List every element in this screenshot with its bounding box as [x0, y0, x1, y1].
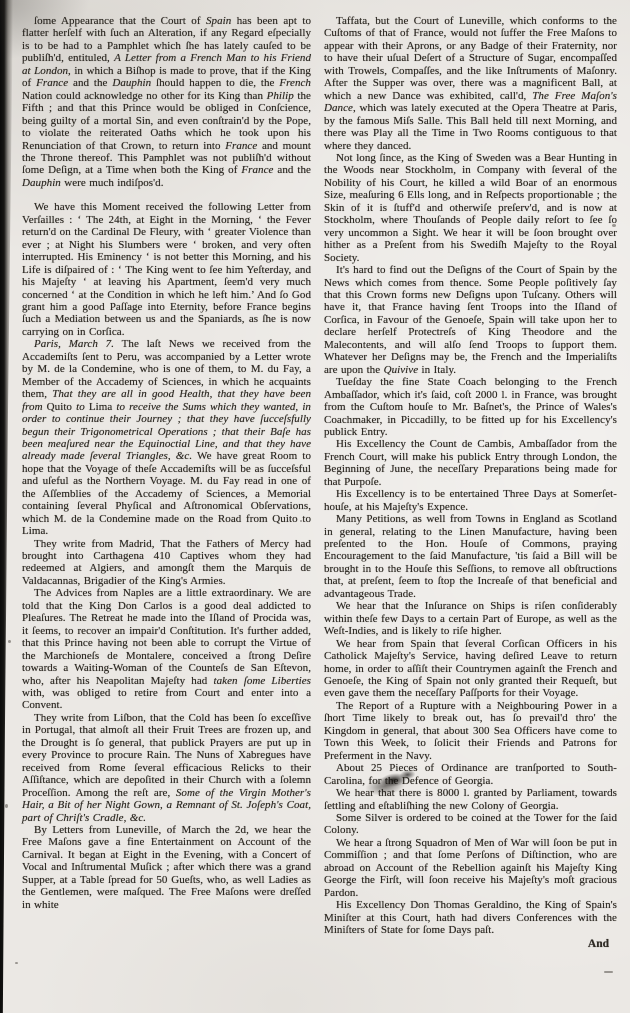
body-text: Lima [89, 401, 112, 413]
paragraph: His Excellency the Count de Cambis, Amba… [324, 438, 617, 488]
dust-speck [612, 224, 616, 227]
scan-edge-shadow [0, 0, 13, 1013]
body-text: It's hard to find out the Deſigns of the… [324, 264, 617, 376]
italic-text: Quivive [384, 364, 419, 376]
dust-speck [604, 971, 613, 973]
body-text: We hear that the Inſurance on Ships is r… [324, 600, 617, 637]
paragraph: They write from Madrid, That the Fathers… [22, 538, 311, 588]
body-text: His Excellency Don Thomas Geraldino, the… [324, 899, 617, 936]
italic-text: Philip [267, 90, 294, 102]
paragraph: Many Petitions, as well from Towns in En… [324, 513, 617, 600]
body-text: , which was lately executed at the Opera… [324, 102, 617, 151]
paragraph: His Excellency is to be entertained Thre… [324, 488, 617, 513]
paragraph: They write from Liſbon, that the Cold ha… [22, 712, 311, 824]
italic-text: to [72, 401, 89, 413]
body-text: They write from Madrid, That the Fathers… [22, 538, 311, 587]
body-text: By Letters from Luneville, of March the … [22, 824, 311, 911]
body-text: were much indiſpos'd. [61, 177, 164, 189]
paragraph: His Excellency Don Thomas Geraldino, the… [324, 899, 617, 936]
body-text: Tueſday the fine State Coach belonging t… [324, 376, 617, 438]
body-text: We hear from Spain that ſeveral Corſican… [324, 638, 617, 700]
body-text: His Excellency is to be entertained Thre… [324, 488, 617, 512]
paragraph: We hear a ſtrong Squadron of Men of War … [324, 837, 617, 899]
italic-text: Spain [206, 15, 231, 27]
paragraph: Not long ſince, as the King of Sweden wa… [324, 152, 617, 264]
dust-speck [8, 640, 11, 643]
paragraph: The Report of a Rupture with a Neighbour… [324, 700, 617, 762]
italic-text: France [241, 164, 273, 176]
paragraph: It's hard to find out the Deſigns of the… [324, 264, 617, 376]
italic-text: France [36, 77, 68, 89]
catchword: And [324, 938, 617, 950]
body-text: Quito [47, 401, 72, 413]
body-text: ſhould happen to die, the [151, 77, 279, 89]
italic-text: French [279, 77, 311, 89]
paragraph: We hear from Spain that ſeveral Corſican… [324, 638, 617, 700]
dust-speck [5, 804, 8, 808]
dust-speck [15, 962, 18, 964]
body-text: We hear that there is 8000 l. granted by… [324, 787, 617, 811]
italic-text: Paris, March 7. [34, 338, 114, 350]
body-text: Nation could acknowledge no other for it… [22, 90, 267, 102]
text-column-left: ſome Appearance that the Court of Spain … [22, 15, 311, 911]
paragraph: Tueſday the fine State Coach belonging t… [324, 376, 617, 438]
text-column-right: Taffata, but the Court of Luneville, whi… [324, 15, 617, 950]
paragraph: About 25 Pieces of Ordinance are tranſpo… [324, 762, 617, 787]
body-text: His Excellency the Count de Cambis, Amba… [324, 438, 617, 487]
body-text: and the [273, 164, 311, 176]
italic-text: Dauphin [22, 177, 61, 189]
paragraph: By Letters from Luneville, of March the … [22, 824, 311, 911]
dust-speck [300, 520, 302, 522]
body-text: About 25 Pieces of Ordinance are tranſpo… [324, 762, 617, 786]
body-text: We hear a ſtrong Squadron of Men of War … [324, 837, 617, 899]
paragraph: We hear that there is 8000 l. granted by… [324, 787, 617, 812]
body-text: They write from Liſbon, that the Cold ha… [22, 712, 311, 799]
body-text: ſome Appearance that the Court of [34, 15, 206, 27]
body-text: The Advices from Naples are a little ext… [22, 587, 311, 686]
body-text: Not long ſince, as the King of Sweden wa… [324, 152, 617, 264]
italic-text: France [225, 140, 257, 152]
body-text: and the [68, 77, 112, 89]
body-text: in Italy. [418, 364, 456, 376]
paragraph: Taffata, but the Court of Luneville, whi… [324, 15, 617, 152]
body-text: Some Silver is ordered to be coined at t… [324, 812, 617, 836]
paragraph: Some Silver is ordered to be coined at t… [324, 812, 617, 837]
italic-text: taken ſome Liberties [214, 675, 312, 687]
body-text: Many Petitions, as well from Towns in En… [324, 513, 617, 600]
newspaper-page: ſome Appearance that the Court of Spain … [0, 0, 630, 1013]
body-text: The Report of a Rupture with a Neighbour… [324, 700, 617, 762]
paragraph: Paris, March 7. The laſt News we receive… [22, 338, 311, 537]
paragraph: The Advices from Naples are a little ext… [22, 587, 311, 712]
paragraph: ſome Appearance that the Court of Spain … [22, 15, 311, 189]
body-text: We have great Room to hope that the Voya… [22, 450, 311, 537]
body-text: Taffata, but the Court of Luneville, whi… [324, 15, 617, 102]
body-text: We have this Moment received the followi… [22, 201, 311, 338]
body-text: with, was obliged to retire from Court a… [22, 687, 311, 711]
paragraph: We hear that the Inſurance on Ships is r… [324, 600, 617, 637]
italic-text: Dauphin [112, 77, 151, 89]
paragraph: We have this Moment received the followi… [22, 201, 311, 338]
